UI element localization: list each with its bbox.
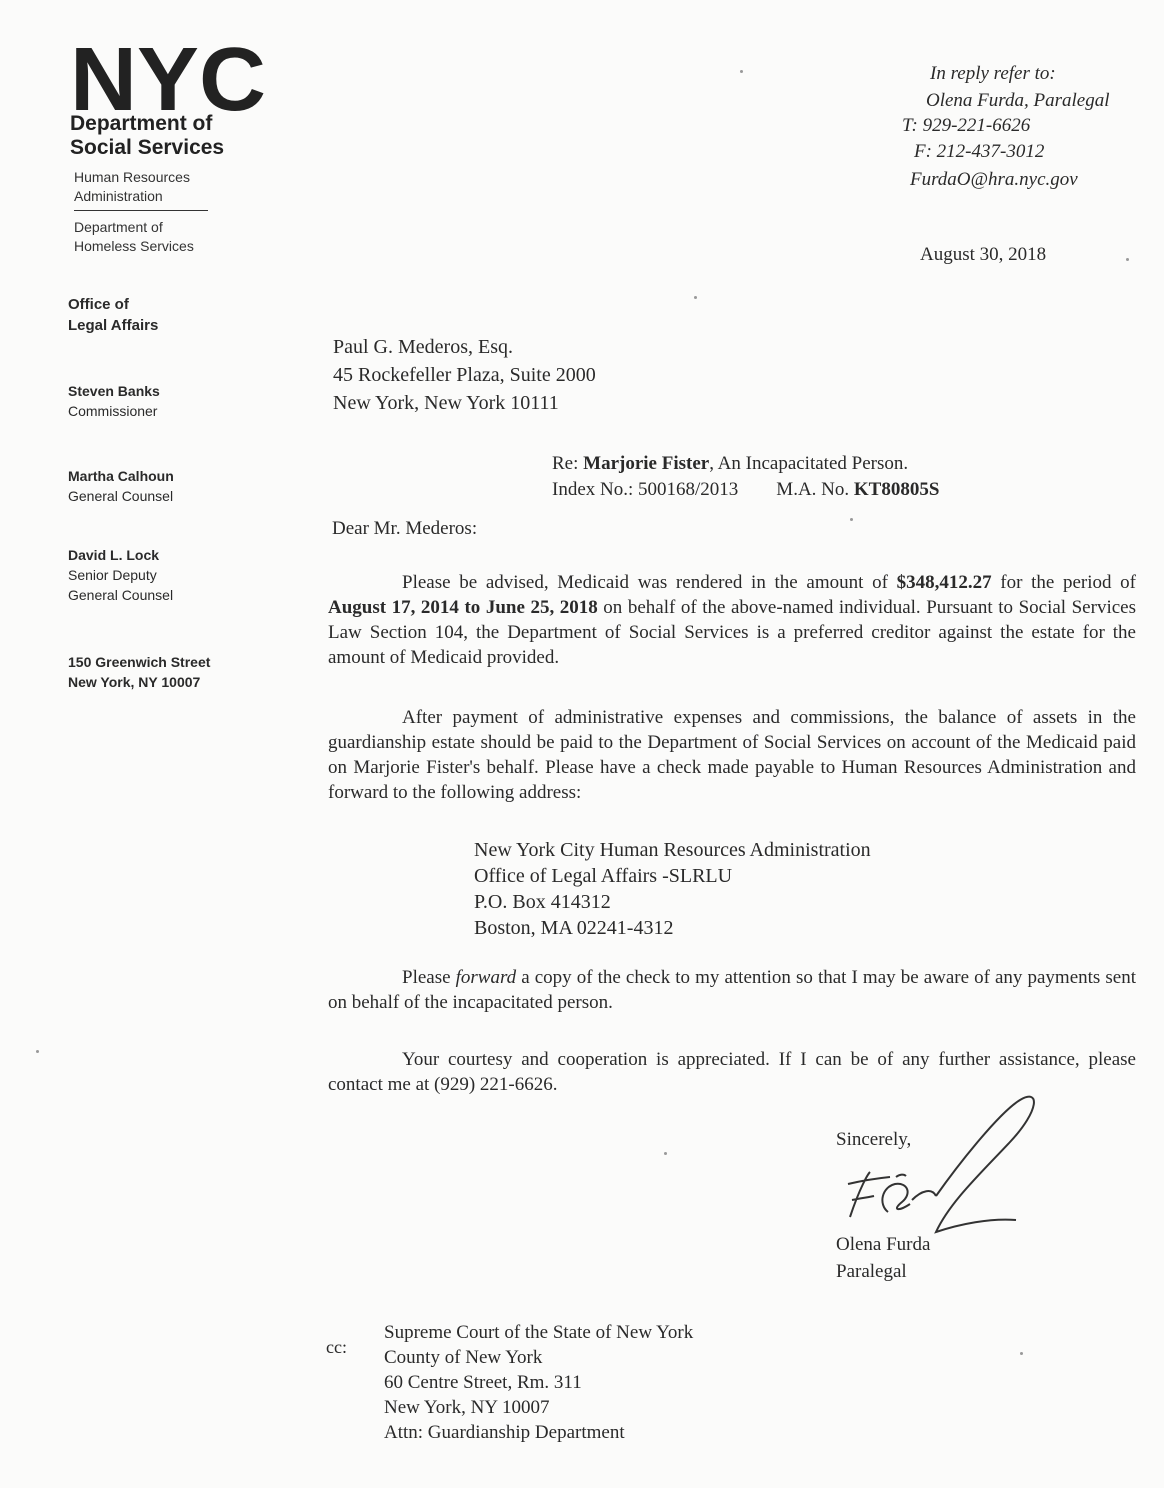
- recipient-line: 45 Rockefeller Plaza, Suite 2000: [333, 361, 596, 389]
- nyc-logo: NYC: [70, 42, 270, 114]
- text: for the period of: [992, 572, 1136, 593]
- reply-email: FurdaO@hra.nyc.gov: [910, 166, 1078, 193]
- paragraph-payment-instructions: After payment of administrative expenses…: [328, 705, 1136, 805]
- mailing-address: New York City Human Resources Administra…: [474, 837, 871, 941]
- dhs-line: Department of: [74, 218, 194, 237]
- reply-fax: F: 212-437-3012: [914, 138, 1044, 165]
- hra-line: Human Resources: [74, 168, 190, 187]
- paragraph-medicaid-amount: Please be advised, Medicaid was rendered…: [328, 570, 1136, 670]
- official-senior-deputy: David L. Lock Senior Deputy General Coun…: [68, 545, 173, 605]
- text: Please: [402, 967, 456, 988]
- signer-name: Olena Furda: [836, 1231, 930, 1258]
- cc-line: 60 Centre Street, Rm. 311: [384, 1370, 693, 1395]
- letterhead-divider: [74, 210, 208, 211]
- mailing-line: Boston, MA 02241-4312: [474, 915, 871, 941]
- scan-speck: [740, 70, 743, 73]
- re-person: Marjorie Fister: [583, 453, 709, 474]
- svg-text:NYC: NYC: [70, 42, 266, 114]
- mailing-line: Office of Legal Affairs -SLRLU: [474, 863, 871, 889]
- official-general-counsel: Martha Calhoun General Counsel: [68, 466, 174, 506]
- medicaid-period: August 17, 2014 to June 25, 2018: [328, 597, 598, 618]
- official-name: David L. Lock: [68, 545, 173, 565]
- index-number: Index No.: 500168/2013: [552, 479, 738, 500]
- cc-label: cc:: [326, 1337, 347, 1358]
- recipient-line: New York, New York 10111: [333, 389, 596, 417]
- hra-name: Human Resources Administration: [74, 168, 190, 206]
- reply-label: In reply refer to:: [930, 60, 1056, 87]
- mailing-line: P.O. Box 414312: [474, 889, 871, 915]
- office-line: Legal Affairs: [68, 315, 158, 336]
- cc-recipient: Supreme Court of the State of New York C…: [384, 1320, 693, 1445]
- official-title: General Counsel: [68, 585, 173, 605]
- scan-speck: [850, 518, 853, 521]
- cc-line: Supreme Court of the State of New York: [384, 1320, 693, 1345]
- mailing-line: New York City Human Resources Administra…: [474, 837, 871, 863]
- office-name: Office of Legal Affairs: [68, 294, 158, 336]
- scan-speck: [1020, 1352, 1023, 1355]
- recipient-line: Paul G. Mederos, Esq.: [333, 333, 596, 361]
- scan-speck: [1126, 258, 1129, 261]
- ma-label: M.A. No.: [776, 479, 854, 500]
- re-suffix: , An Incapacitated Person.: [709, 453, 908, 474]
- recipient-address: Paul G. Mederos, Esq. 45 Rockefeller Pla…: [333, 333, 596, 417]
- letter-date: August 30, 2018: [920, 244, 1046, 266]
- signature: [840, 1092, 1040, 1252]
- text: Please be advised, Medicaid was rendered…: [402, 572, 897, 593]
- scan-speck: [694, 296, 697, 299]
- paragraph-forward-copy: Please forward a copy of the check to my…: [328, 965, 1136, 1015]
- index-line: Index No.: 500168/2013M.A. No. KT80805S: [552, 477, 939, 503]
- department-line: Department of: [70, 112, 224, 136]
- emphasis: forward: [456, 967, 517, 988]
- cc-line: New York, NY 10007: [384, 1395, 693, 1420]
- official-title: Senior Deputy: [68, 565, 173, 585]
- reply-phone: T: 929-221-6626: [902, 112, 1030, 139]
- scan-speck: [36, 1050, 39, 1053]
- address-line: 150 Greenwich Street: [68, 652, 210, 672]
- cc-line: County of New York: [384, 1345, 693, 1370]
- office-address: 150 Greenwich Street New York, NY 10007: [68, 652, 210, 692]
- hra-line: Administration: [74, 187, 190, 206]
- salutation: Dear Mr. Mederos:: [332, 518, 477, 540]
- reply-name: Olena Furda, Paralegal: [926, 87, 1109, 114]
- signer-title: Paralegal: [836, 1258, 907, 1285]
- official-name: Martha Calhoun: [68, 466, 174, 486]
- cc-line: Attn: Guardianship Department: [384, 1420, 693, 1445]
- paragraph-contact: Your courtesy and cooperation is appreci…: [328, 1047, 1136, 1097]
- address-line: New York, NY 10007: [68, 672, 210, 692]
- dhs-line: Homeless Services: [74, 237, 194, 256]
- re-prefix: Re:: [552, 453, 583, 474]
- dhs-name: Department of Homeless Services: [74, 218, 194, 256]
- medicaid-amount: $348,412.27: [897, 572, 992, 593]
- ma-number: KT80805S: [854, 479, 940, 500]
- office-line: Office of: [68, 294, 158, 315]
- department-line: Social Services: [70, 136, 224, 160]
- official-commissioner: Steven Banks Commissioner: [68, 381, 160, 421]
- reference-block: Re: Marjorie Fister, An Incapacitated Pe…: [552, 451, 939, 503]
- official-name: Steven Banks: [68, 381, 160, 401]
- official-title: General Counsel: [68, 486, 174, 506]
- official-title: Commissioner: [68, 401, 160, 421]
- re-line: Re: Marjorie Fister, An Incapacitated Pe…: [552, 451, 939, 477]
- scan-speck: [664, 1152, 667, 1155]
- department-name: Department of Social Services: [70, 112, 224, 160]
